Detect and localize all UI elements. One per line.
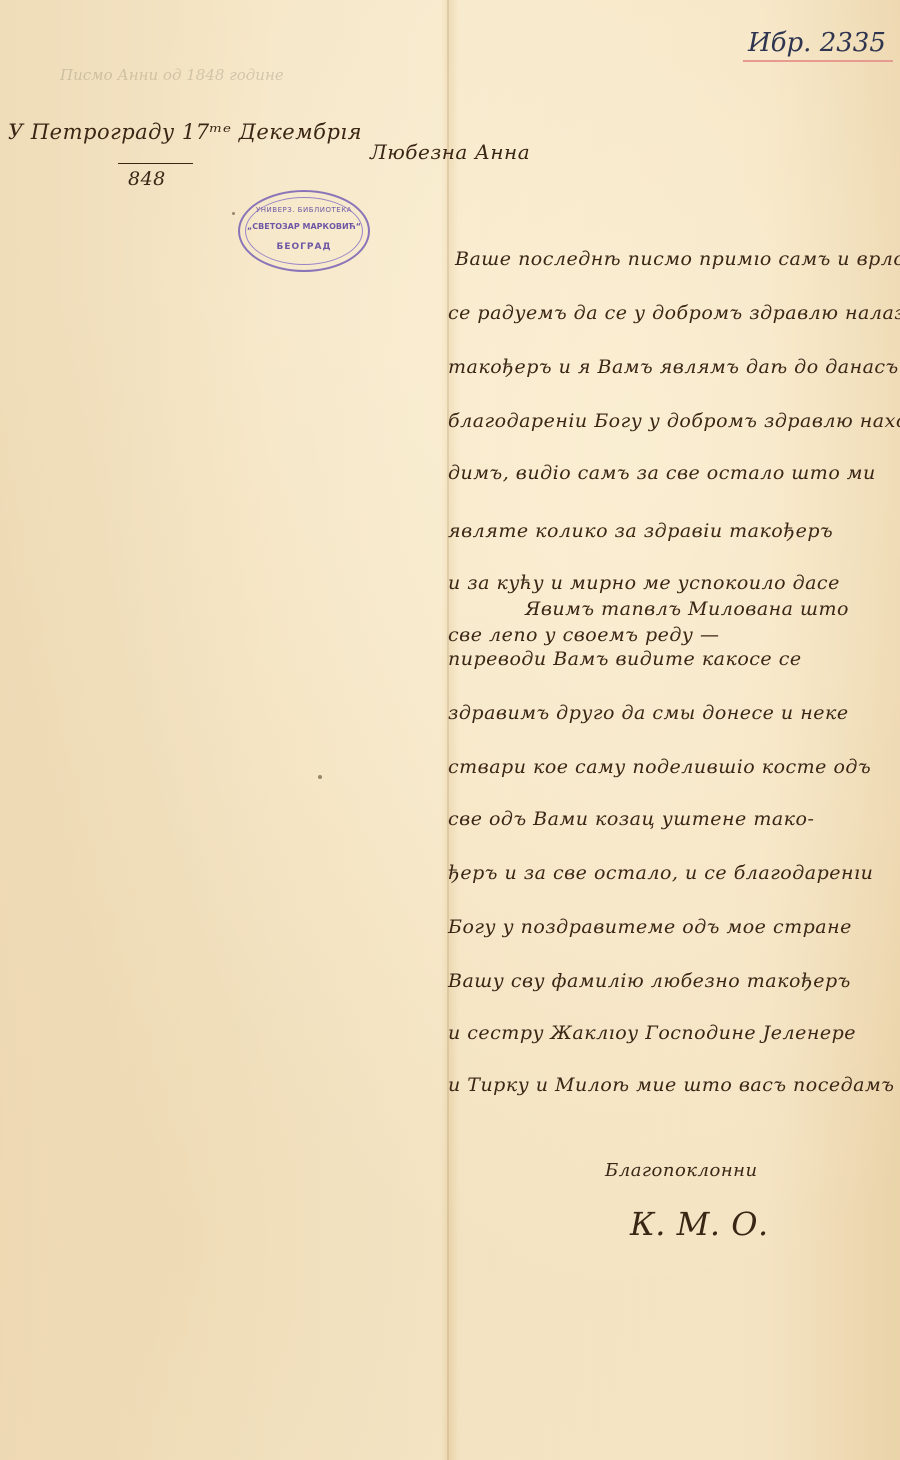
- body-line: и Тирку и Милоѣ мие што васъ поседамъ: [448, 1074, 894, 1096]
- body-line: такођеръ и я Вамъ являмъ даѣ до данасъ: [448, 356, 899, 378]
- catalog-underline: [743, 60, 893, 62]
- date-underline: [118, 163, 193, 164]
- body-line: Явимъ тапвлъ Милована што: [525, 598, 849, 620]
- ink-speck: [318, 775, 322, 779]
- bleed-through-text: Писмо Анни од 1848 године: [60, 66, 284, 84]
- stamp-line-1: УНИВЕРЗ. БИБЛИОТЕКА: [240, 206, 368, 214]
- body-line: ђеръ и за све остало, и се благодаренıи: [448, 862, 873, 884]
- body-line: све одъ Вами козац уштене тако-: [448, 808, 814, 830]
- body-line: и сестру Жаклıоу Господине Јеленере: [448, 1022, 856, 1044]
- body-line: и за кућу и мирно ме успокоило дасе: [448, 572, 840, 594]
- body-line: пиреводи Вамъ видите какосе се: [448, 648, 802, 670]
- stamp-line-3: БЕОГРАД: [240, 242, 368, 252]
- body-line: благодареніи Богу у добромъ здравлю нахо…: [448, 410, 900, 432]
- body-line: све лепо у своемъ реду —: [448, 624, 719, 646]
- closing: Благопоклонни: [605, 1160, 758, 1181]
- catalog-number: Ибр. 2335: [748, 28, 886, 58]
- paper-fold-line: [447, 0, 449, 1460]
- ink-speck: [232, 212, 235, 215]
- body-line: се радуемъ да се у добромъ здравлю налаз…: [448, 302, 900, 324]
- body-line: здравимъ друго да смы донесе и неке: [448, 702, 849, 724]
- body-line: Вашу сву фамилію любезно такођеръ: [448, 970, 851, 992]
- body-line: Богу у поздравитеме одъ мое стране: [448, 916, 852, 938]
- date-place: У Петрограду 17ᵐᵉ Декембрıя: [8, 120, 362, 144]
- body-line: являте колико за здравіи такођеръ: [448, 520, 833, 542]
- salutation: Любезна Анна: [370, 140, 530, 164]
- library-stamp: УНИВЕРЗ. БИБЛИОТЕКА „СВЕТОЗАР МАРКОВИЋ“ …: [238, 190, 370, 272]
- signature: К. М. О.: [630, 1205, 769, 1243]
- body-line: Ваше последнѣ писмо примıо самъ и врло: [455, 248, 900, 270]
- stamp-line-2: „СВЕТОЗАР МАРКОВИЋ“: [240, 222, 368, 231]
- body-line: ствари кое саму поделившiо косте одъ: [448, 756, 871, 778]
- year: 848: [128, 168, 166, 190]
- body-line: димъ, видiо самъ за све остало што ми: [448, 462, 876, 484]
